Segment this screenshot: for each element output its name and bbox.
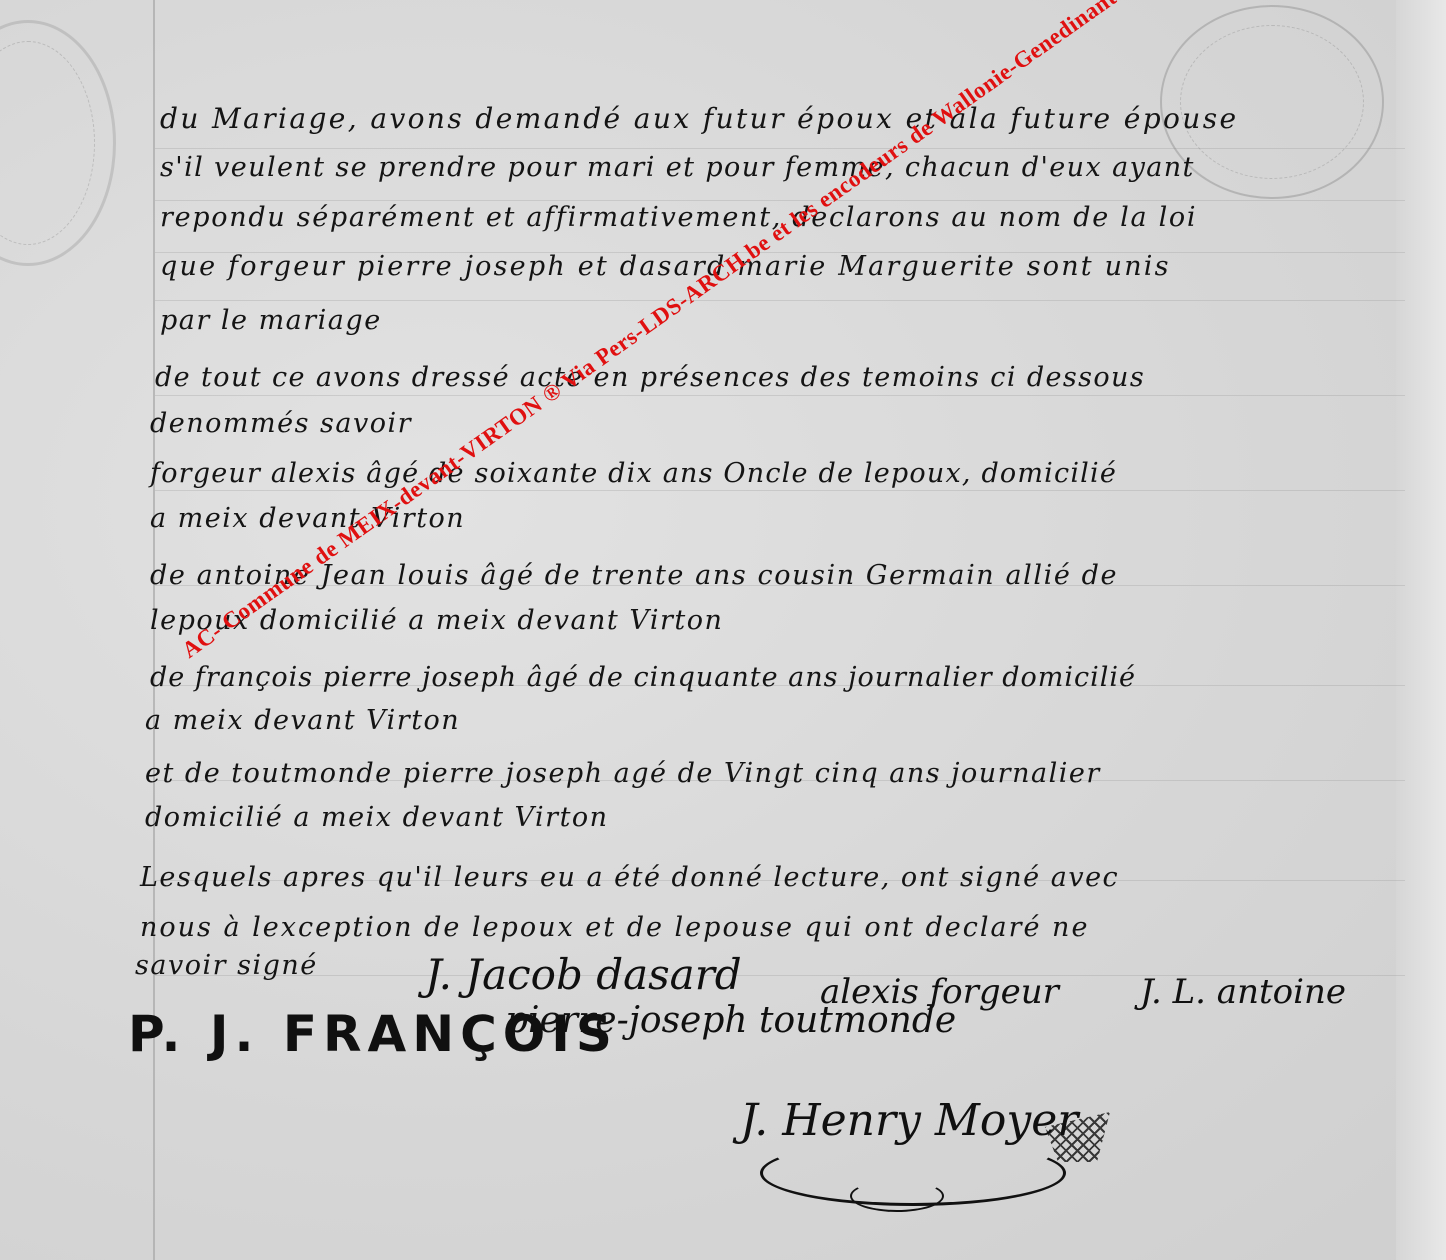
text-line: forgeur alexis âgé de soixante dix ans O… bbox=[150, 458, 1117, 489]
text-line: que forgeur pierre joseph et dasard mari… bbox=[160, 251, 1171, 282]
ruled-line bbox=[155, 200, 1405, 201]
ruled-line bbox=[155, 300, 1405, 301]
ruled-line bbox=[155, 490, 1405, 491]
ruled-line bbox=[155, 395, 1405, 396]
text-line: denommés savoir bbox=[150, 408, 412, 439]
paper-edge bbox=[1396, 0, 1446, 1260]
text-line: de françois pierre joseph âgé de cinquan… bbox=[150, 662, 1136, 693]
signature-jl-antoine: J. L. antoine bbox=[1140, 972, 1346, 1012]
text-line: repondu séparément et affirmativement, d… bbox=[160, 202, 1197, 233]
scanned-document: du Mariage, avons demandé aux futur épou… bbox=[0, 0, 1446, 1260]
text-line: du Mariage, avons demandé aux futur épou… bbox=[160, 102, 1238, 135]
signature-flourish bbox=[850, 1180, 944, 1212]
text-line: a meix devant Virton bbox=[150, 503, 465, 534]
signature-pierre-joseph-toutmonde: pierre-joseph toutmonde bbox=[505, 1000, 956, 1041]
text-line: de tout ce avons dressé acte en présence… bbox=[155, 362, 1145, 393]
ruled-line bbox=[155, 148, 1405, 149]
text-line: domicilié a meix devant Virton bbox=[145, 802, 609, 833]
seal-stamp-left bbox=[0, 20, 116, 266]
signature-jacob-dasard: J. Jacob dasard bbox=[425, 950, 742, 999]
text-line: a meix devant Virton bbox=[145, 705, 460, 736]
text-line: Lesquels apres qu'il leurs eu a été donn… bbox=[140, 862, 1119, 893]
text-line: s'il veulent se prendre pour mari et pou… bbox=[160, 152, 1195, 183]
text-line: et de toutmonde pierre joseph agé de Vin… bbox=[145, 758, 1101, 789]
text-line: savoir signé bbox=[135, 950, 318, 981]
signature-henry-moyer: J. Henry Moyer bbox=[740, 1095, 1078, 1146]
text-line: nous à lexception de lepoux et de lepous… bbox=[140, 912, 1089, 943]
text-line: par le mariage bbox=[160, 305, 382, 336]
